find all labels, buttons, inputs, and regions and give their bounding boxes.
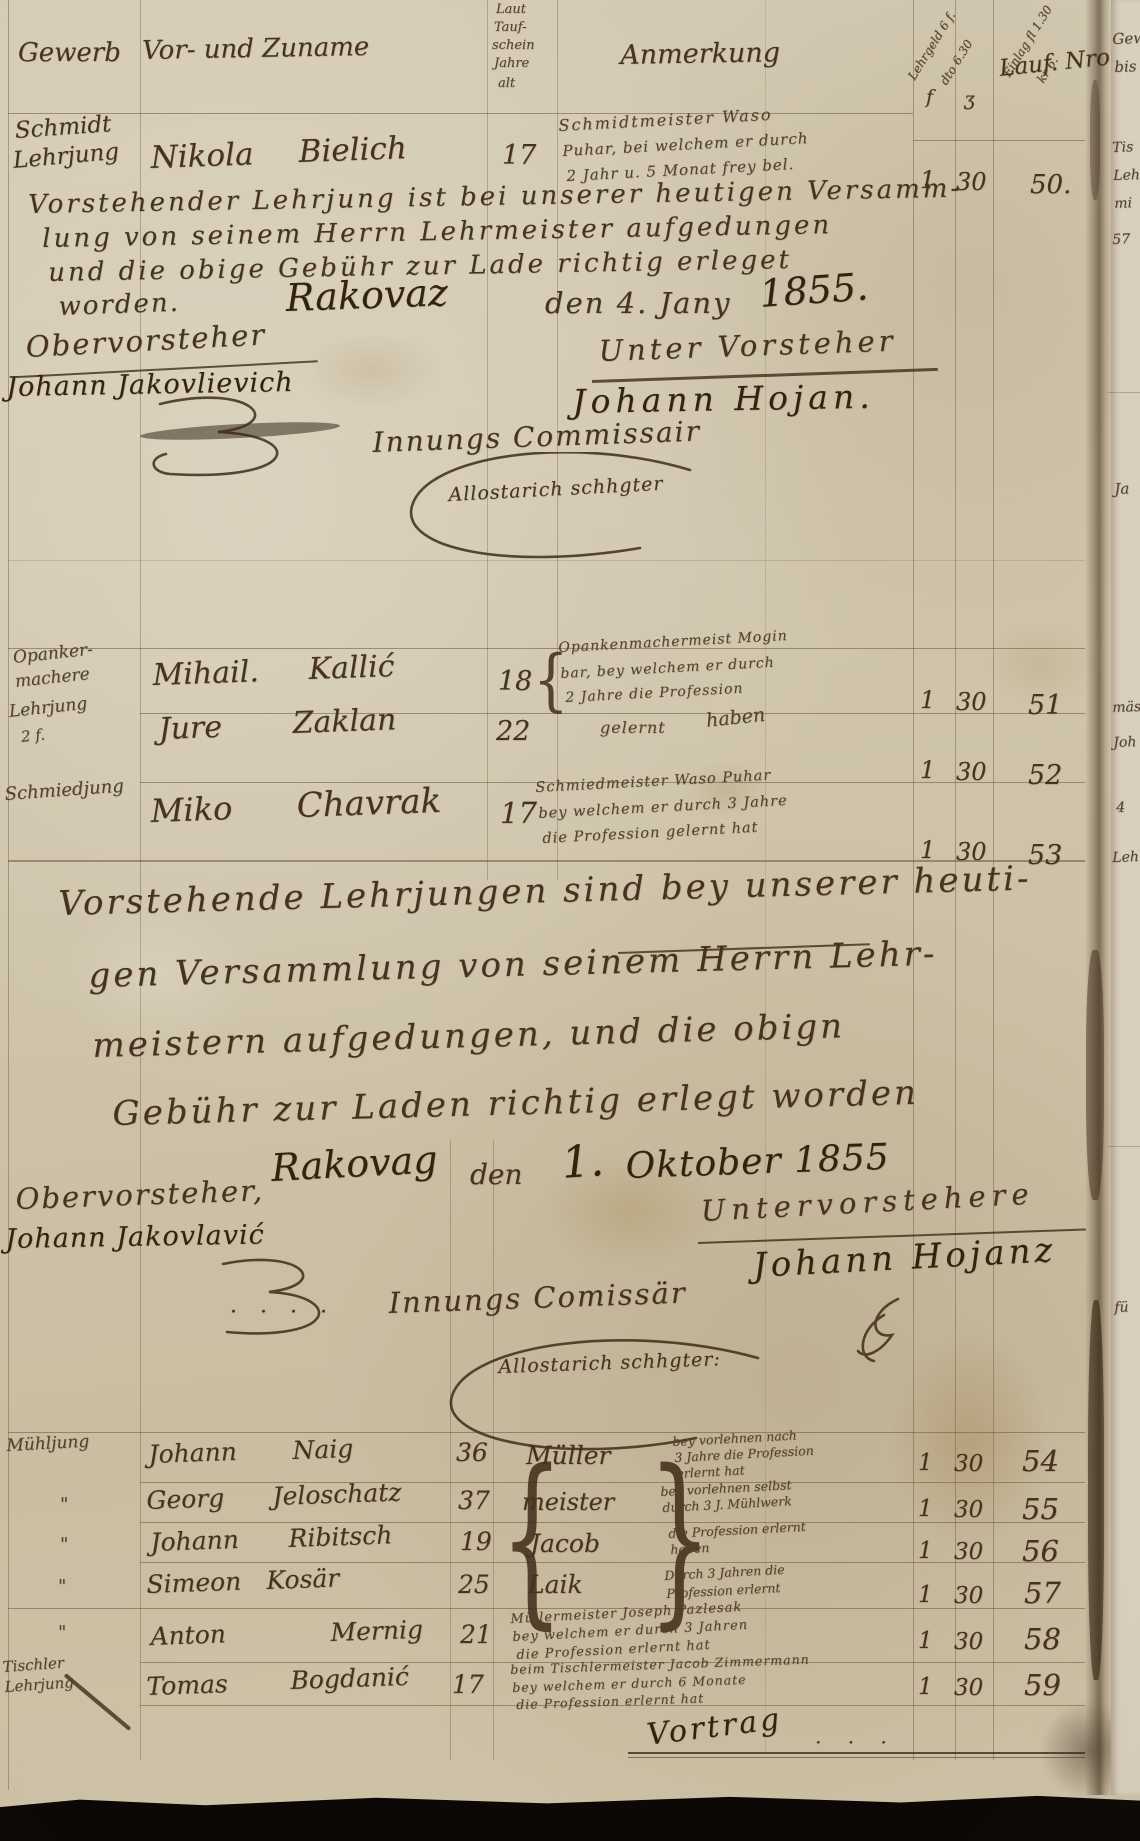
row-remark-line2: bey welchem er durch 3 Jahre: [538, 793, 788, 822]
row-last-name: Kosär: [266, 1563, 340, 1595]
next-page-rule: [1108, 392, 1140, 393]
next-page-edge: [1111, 0, 1140, 1795]
row-fee-fl: 1: [918, 1628, 933, 1654]
entry1-last-name: Bielich: [298, 130, 407, 170]
entry2-sig-right-title: Untervorstehere: [700, 1177, 1035, 1228]
row-trade: Schmiedjung: [4, 776, 124, 805]
row-remark-line2: haben: [705, 704, 766, 732]
row-last-name: Naig: [292, 1434, 354, 1465]
carry-forward-dots: · · ·: [815, 1730, 897, 1754]
row-age: 37: [458, 1486, 490, 1515]
row-master-word: meister: [522, 1488, 614, 1516]
row-fee-fl: 1: [918, 1674, 933, 1700]
row-fee-kr: 30: [954, 1497, 983, 1523]
row-remark-line3: erlernt hat: [676, 1462, 745, 1481]
row-first-name: Simeon: [146, 1567, 242, 1599]
row-fee-fl: 1: [920, 756, 935, 784]
entry1-trade-line2: Lehrjung: [12, 139, 120, 174]
entry2-sig-left-title: Obervorsteher,: [15, 1173, 265, 1216]
row-age: 17: [452, 1670, 484, 1699]
next-page-fragment: bis: [1114, 57, 1137, 76]
next-page-fragment: Tis: [1112, 139, 1134, 156]
row-fee-kr: 30: [954, 1451, 983, 1477]
entry2-paragraph-line2: gen Versammlung von seinem Herrn Lehr-: [88, 934, 938, 996]
entry1-remark-line1: Schmidtmeister Waso: [558, 105, 773, 135]
entry2-trade-line4: 2 f.: [20, 725, 46, 745]
row-master-word: Laik: [528, 1570, 583, 1599]
row-last-name: Jeloschatz: [272, 1478, 402, 1511]
row-last-name: Kallić: [308, 649, 395, 687]
row-fee-kr: 30: [954, 1583, 983, 1609]
entry2-trade-line2: machere: [14, 664, 91, 692]
signature-flourish: [140, 396, 340, 488]
row-age: 19: [460, 1527, 492, 1556]
entry1-first-name: Nikola: [150, 136, 254, 176]
next-page-fragment: 57: [1112, 231, 1130, 248]
entry2-paragraph-line3: meistern aufgedungen, und die obign: [92, 1006, 846, 1066]
entry2-paragraph-line4: Gebühr zur Laden richtig erlegt worden: [112, 1073, 919, 1134]
row-fee-kr: 30: [954, 1675, 983, 1701]
row-remark-line1: Opankenmachermeist Mogin: [558, 628, 788, 656]
row-fee-fl: 1: [918, 1450, 933, 1476]
row-remark-line3: die Profession gelernt hat: [542, 820, 759, 847]
header-col-anmerkung: Anmerkung: [620, 37, 780, 71]
rule-line-fee-header: [913, 140, 1085, 141]
row-age: 22: [496, 716, 530, 747]
entry1-age: 17: [502, 140, 536, 171]
row-trade-line1: Tischler: [2, 1654, 65, 1676]
row-first-name: Anton: [150, 1619, 226, 1651]
next-page-fragment: Joh: [1113, 734, 1137, 751]
row-trade-ditto: ": [60, 1534, 68, 1555]
row-first-name: Johann: [150, 1525, 239, 1557]
row-fee-kr: 30: [954, 1629, 983, 1655]
entry1-sig-right-title: Unter Vorsteher: [598, 324, 897, 368]
row-age: 17: [500, 796, 537, 830]
row-remark-line3: 2 Jahre die Profession: [565, 681, 744, 706]
row-fee-kr: 30: [954, 1539, 983, 1565]
entry2-date-den: den: [470, 1158, 523, 1191]
row-running-no: 56: [1022, 1534, 1059, 1568]
row-running-no: 53: [1028, 840, 1062, 871]
entry1-trade-line1: Schmidt: [14, 111, 112, 144]
rule-line-header-bottom: [8, 113, 913, 114]
rule-line-left-edge: [8, 0, 9, 1790]
header-col-fl: f: [926, 86, 933, 108]
row-trade-ditto: ": [58, 1576, 66, 1597]
row-first-name: Mihail.: [152, 654, 259, 693]
header-col-age-line5: alt: [498, 76, 515, 91]
row-age: 18: [498, 666, 532, 697]
row-running-no: 51: [1028, 690, 1062, 721]
row-first-name: Georg: [146, 1483, 225, 1515]
entry1-sig-left-title: Obervorsteher: [25, 317, 267, 364]
row-first-name: Tomas: [146, 1669, 228, 1701]
header-col-gewerb: Gewerb: [18, 38, 121, 68]
entry1-running-no: 50.: [1030, 170, 1071, 200]
entry1-paragraph-line4: worden.: [58, 288, 180, 322]
signature-dots: · · · ·: [230, 1300, 335, 1325]
next-page-fragment: mäs: [1112, 699, 1140, 716]
header-col-age-line1: Laut: [496, 2, 526, 17]
entry2-paragraph-line1: Vorstehende Lehrjungen sind bey unserer …: [58, 859, 1032, 924]
header-col-name: Vor- und Zuname: [142, 32, 370, 66]
row-running-no: 54: [1022, 1444, 1059, 1478]
entry2-trade-line1: Opanker-: [12, 640, 94, 668]
row-last-name: Ribitsch: [288, 1520, 393, 1553]
scan-black-edge: [0, 1794, 1140, 1841]
next-page-fragment: mi: [1114, 195, 1132, 212]
entry2-date-place: Rakovag: [270, 1137, 439, 1190]
entry1-date-place: Rakovaz: [285, 270, 449, 320]
ink-stroke: [64, 1673, 132, 1731]
next-page-fragment: 4: [1116, 800, 1125, 816]
row-master-word: Jacob: [530, 1529, 600, 1558]
page-fold-gutter: [1085, 0, 1111, 1795]
header-col-age-line4: Jahre: [494, 56, 529, 71]
row-first-name: Johann: [148, 1437, 237, 1469]
entry1-date-text: den 4. Jany: [545, 286, 731, 320]
next-page-fragment: fü: [1114, 1300, 1129, 1316]
row-first-name: Jure: [158, 710, 223, 747]
row-fee-fl: 1: [920, 686, 935, 714]
row-running-no: 58: [1024, 1622, 1061, 1656]
row-last-name: Chavrak: [296, 781, 442, 826]
carry-forward-label: Vortrag: [645, 1701, 784, 1752]
row-last-name: Bogdanić: [290, 1662, 409, 1695]
row-fee-kr: 30: [956, 688, 987, 716]
rule-line-sec2-row1: [140, 713, 1085, 714]
row-fee-fl: 1: [920, 836, 935, 864]
row-fee-fl: 1: [918, 1538, 933, 1564]
row-remark-line1: gelernt: [600, 718, 666, 737]
row-last-name: Mernig: [330, 1615, 423, 1647]
row-age: 21: [460, 1620, 492, 1649]
row-trade-ditto: ": [58, 1622, 66, 1643]
row-running-no: 52: [1028, 760, 1062, 791]
signature-flourish: [840, 1295, 920, 1370]
header-col-kr: ʒ: [964, 88, 975, 110]
row-trade-ditto: ": [60, 1494, 68, 1515]
row-remark-line1: Schmiedmeister Waso Puhar: [535, 768, 772, 796]
row-age: 25: [458, 1570, 490, 1599]
entry2-date-day: 1.: [560, 1135, 605, 1189]
rule-line-sec3-row3: [140, 1562, 1085, 1563]
row-trade-line2: Lehrjung: [4, 1673, 74, 1696]
commissair-flourish-oval: [400, 452, 705, 570]
row-fee-fl: 1: [918, 1582, 933, 1608]
header-col-age-line3: schein: [492, 38, 535, 53]
header-col-age-line2: Tauf-: [494, 20, 527, 35]
row-last-name: Zaklan: [292, 702, 397, 741]
carry-forward-underline-2: [628, 1757, 1085, 1758]
row-running-no: 57: [1024, 1576, 1061, 1610]
row-running-no: 59: [1024, 1668, 1061, 1702]
row-running-no: 55: [1022, 1492, 1059, 1526]
entry1-date-year: 1855.: [758, 264, 870, 315]
next-page-fragment: Gew: [1112, 29, 1140, 48]
row-fee-kr: 30: [956, 758, 987, 786]
row-master-word: Müller: [526, 1441, 610, 1470]
next-page-fragment: Leh: [1113, 167, 1140, 184]
rule-line-sec3-row2: [140, 1522, 1085, 1523]
entry1-sig-right-name: Johann Hojan.: [572, 377, 875, 421]
entry2-commissair-title: Innungs Comissär: [388, 1276, 687, 1320]
entry2-date-rest: Oktober 1855: [625, 1137, 890, 1187]
entry2-sig-left-name: Johann Jakovlavić: [5, 1219, 265, 1255]
row-first-name: Miko: [150, 789, 233, 830]
next-page-fragment: Ja: [1114, 479, 1130, 498]
row-trade: Mühljung: [6, 1432, 90, 1456]
next-page-fragment: Leh: [1112, 849, 1139, 866]
header-fee-scribble-2: dto 6.30: [937, 37, 976, 87]
row-remark-line2: haben: [670, 1540, 710, 1557]
scanned-ledger-page: Gewerb Vor- und Zuname Laut Tauf- schein…: [0, 0, 1140, 1841]
row-fee-fl: 1: [918, 1496, 933, 1522]
entry2-trade-line3: Lehrjung: [8, 694, 88, 722]
row-remark-line2: bar, bey welchem er durch: [560, 655, 775, 682]
carry-forward-underline: [628, 1752, 1085, 1754]
next-page-rule: [1108, 1146, 1140, 1147]
row-age: 36: [456, 1438, 488, 1467]
